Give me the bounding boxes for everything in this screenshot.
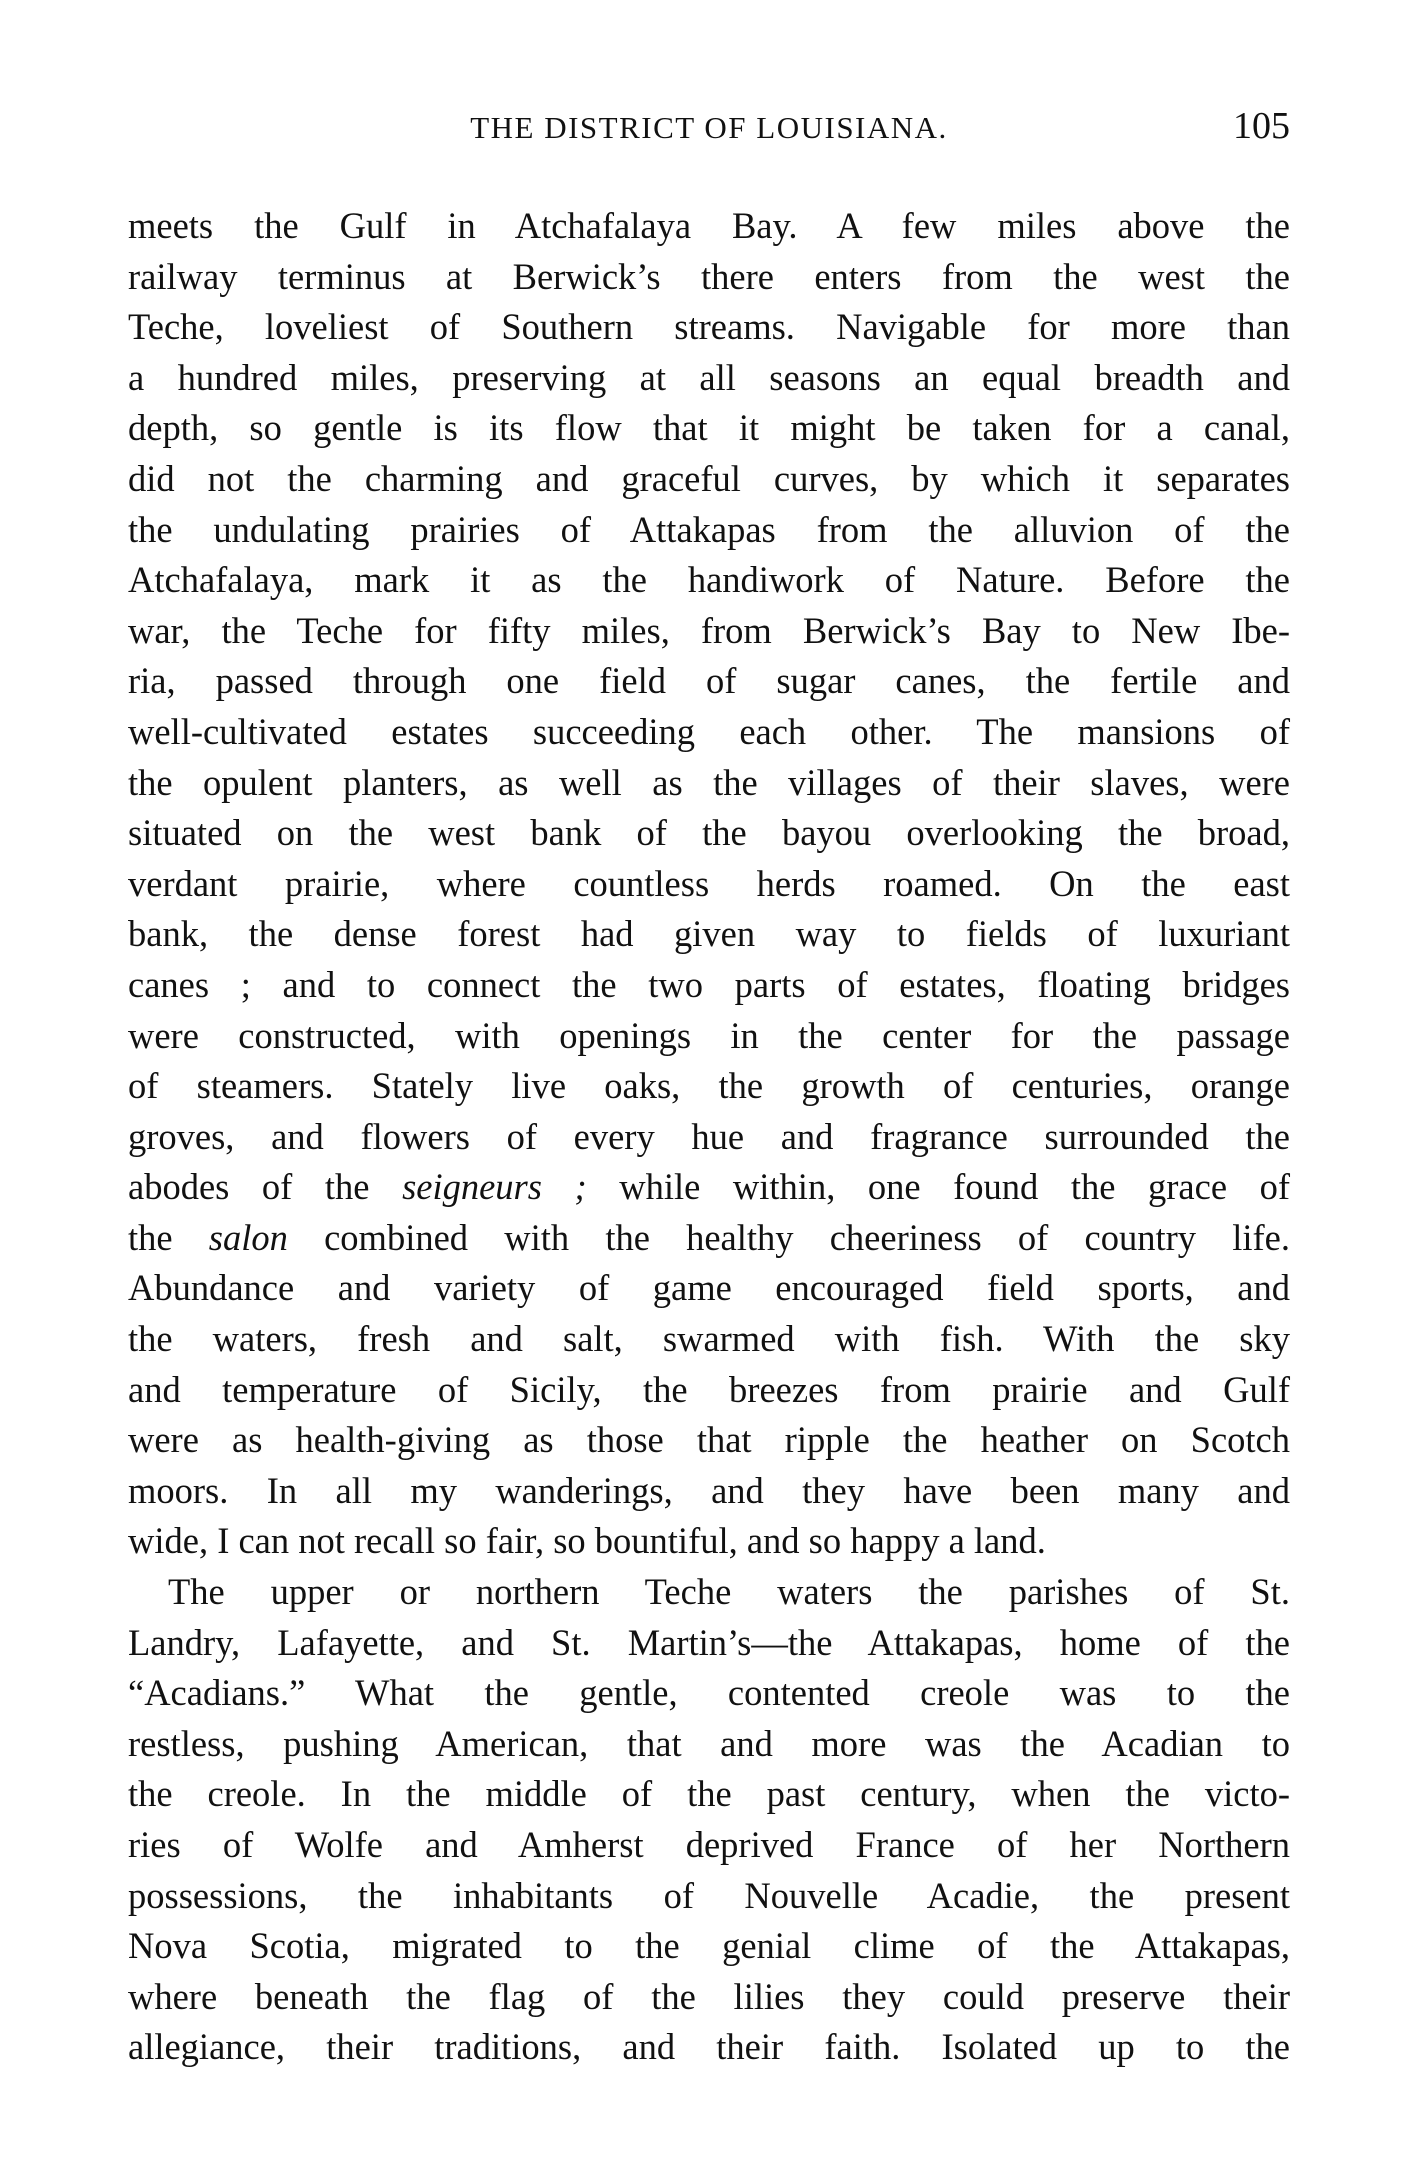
paragraph-1: meets the Gulf in Atchafalaya Bay. A few… (128, 201, 1290, 1567)
chapter-title: THE DISTRICT OF LOUISIANA. (128, 110, 1290, 146)
paragraph-2: The upper or northern Teche waters the p… (128, 1567, 1290, 2073)
text-line: possessions, the inhabitants of Nouvelle… (128, 1871, 1290, 1922)
text-line: groves, and flowers of every hue and fra… (128, 1112, 1290, 1163)
page-body: meets the Gulf in Atchafalaya Bay. A few… (128, 201, 1290, 2073)
text-line: abodes of the seigneurs ; while within, … (128, 1162, 1290, 1213)
page-number: 105 (1233, 104, 1290, 148)
text-line: moors. In all my wanderings, and they ha… (128, 1466, 1290, 1517)
text-line: the opulent planters, as well as the vil… (128, 758, 1290, 809)
text-line: the salon combined with the healthy chee… (128, 1213, 1290, 1264)
text-line: allegiance, their traditions, and their … (128, 2022, 1290, 2073)
text-line: where beneath the flag of the lilies the… (128, 1972, 1290, 2023)
italic-term: salon (209, 1217, 288, 1258)
text-line: Abundance and variety of game encouraged… (128, 1263, 1290, 1314)
text-line: Atchafalaya, mark it as the handiwork of… (128, 555, 1290, 606)
text-line: meets the Gulf in Atchafalaya Bay. A few… (128, 201, 1290, 252)
text-line: were constructed, with openings in the c… (128, 1011, 1290, 1062)
text-line: ria, passed through one field of sugar c… (128, 656, 1290, 707)
italic-term: seigneurs ; (402, 1166, 587, 1207)
text-line: the undulating prairies of Attakapas fro… (128, 505, 1290, 556)
text-line: Teche, loveliest of Southern streams. Na… (128, 302, 1290, 353)
text-line: and temperature of Sicily, the breezes f… (128, 1365, 1290, 1416)
text-line: verdant prairie, where countless herds r… (128, 859, 1290, 910)
text-line: canes ; and to connect the two parts of … (128, 960, 1290, 1011)
text-line: a hundred miles, preserving at all seaso… (128, 353, 1290, 404)
text-line: Landry, Lafayette, and St. Martin’s—the … (128, 1618, 1290, 1669)
text-line: “Acadians.” What the gentle, contented c… (128, 1668, 1290, 1719)
text-line: depth, so gentle is its flow that it mig… (128, 403, 1290, 454)
text-line: war, the Teche for fifty miles, from Ber… (128, 606, 1290, 657)
text-line: of steamers. Stately live oaks, the grow… (128, 1061, 1290, 1112)
text-line: wide, I can not recall so fair, so bount… (128, 1516, 1290, 1567)
text-line: the waters, fresh and salt, swarmed with… (128, 1314, 1290, 1365)
text-line: restless, pushing American, that and mor… (128, 1719, 1290, 1770)
text-line: well-cultivated estates succeeding each … (128, 707, 1290, 758)
text-line: did not the charming and graceful curves… (128, 454, 1290, 505)
running-head: THE DISTRICT OF LOUISIANA. 105 (128, 104, 1290, 154)
text-line: situated on the west bank of the bayou o… (128, 808, 1290, 859)
text-line: bank, the dense forest had given way to … (128, 909, 1290, 960)
text-line: ries of Wolfe and Amherst deprived Franc… (128, 1820, 1290, 1871)
text-line: were as health-giving as those that ripp… (128, 1415, 1290, 1466)
text-line: the creole. In the middle of the past ce… (128, 1769, 1290, 1820)
text-line: railway terminus at Berwick’s there ente… (128, 252, 1290, 303)
text-line: Nova Scotia, migrated to the genial clim… (128, 1921, 1290, 1972)
text-line: The upper or northern Teche waters the p… (128, 1567, 1290, 1618)
